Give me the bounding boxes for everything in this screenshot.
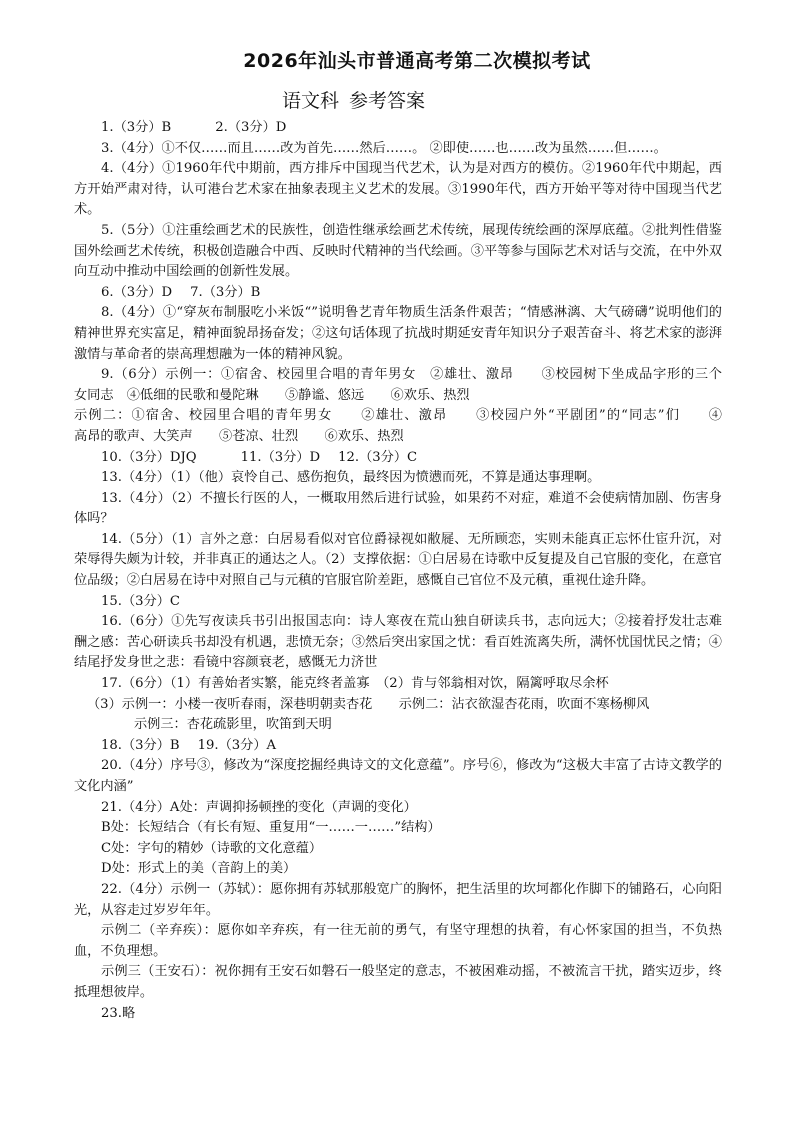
answer-q22-example2: 示例二（辛弃疾）：愿你如辛弃疾，有一往无前的勇气，有坚守理想的执着，有心怀家国的… (74, 921, 722, 962)
answer-q21-b: B处：长短结合（有长有短、重复用“一……一……”结构） (74, 818, 722, 839)
subject-label: 语文科 (282, 90, 339, 112)
answer-q23: 23.略 (74, 1004, 722, 1025)
answer-body: 1.（3分）B2.（3分）D 3.（4分）①不仅……而且……改为首先……然后……… (74, 118, 722, 1024)
answer-q13-part2: 13.（4分）（2）不擅长行医的人，一概取用然后进行试验，如果药不对症，难道不会… (74, 489, 722, 530)
answer-q17-line2: （3）示例一：小楼一夜听春雨，深巷明朝卖杏花 示例二：沾衣欲湿杏花雨，吹面不寒杨… (74, 695, 722, 716)
answer-q16: 16.（6分）①先写夜读兵书引出报国志向：诗人寒夜在荒山独自研读兵书，志向远大；… (74, 612, 722, 674)
answer-q21-a: 21.（4分）A处：声调抑扬顿挫的变化（声调的变化） (74, 798, 722, 819)
answer-q21-c: C处：字句的精妙（诗歌的文化意蕴） (74, 839, 722, 860)
answer-q11: 11.（3分）D (241, 450, 321, 465)
answer-q7: 7.（3分）B (190, 285, 260, 300)
doc-type-label: 参考答案 (349, 90, 425, 112)
document-title: 2026年汕头市普通高考第二次模拟考试 (0, 46, 794, 73)
answer-q9-example2-line2: 高昂的歌声、大笑声 ⑤苍凉、壮烈 ⑥欢乐、热烈 (74, 427, 722, 448)
answer-line-q18-q19: 18.（3分）B19.（3分）A (74, 736, 722, 757)
answer-q15: 15.（3分）C (74, 592, 722, 613)
answer-q9-example1-line1: 9.（6分）示例一：①宿舍、校园里合唱的青年男女 ②雄壮、激昂 ③校园树下坐成品… (74, 365, 722, 386)
answer-q18: 18.（3分）B (101, 738, 180, 753)
answer-q17-line3: 示例三：杏花疏影里，吹笛到天明 (74, 715, 722, 736)
answer-q2: 2.（3分）D (215, 120, 286, 135)
answer-q6: 6.（3分）D (101, 285, 172, 300)
answer-q20: 20.（4分）序号③，修改为“深度挖掘经典诗文的文化意蕴”。序号⑥，修改为“这极… (74, 756, 722, 797)
answer-q3: 3.（4分）①不仅……而且……改为首先……然后……。 ②即使……也……改为虽然…… (74, 139, 722, 160)
answer-q9-example1-line2: 女同志 ④低细的民歌和曼陀琳 ⑤静谧、悠远 ⑥欢乐、热烈 (74, 386, 722, 407)
answer-q8: 8.（4分）①“穿灰布制服吃小米饭“”说明鲁艺青年物质生活条件艰苦；“情感淋漓、… (74, 303, 722, 365)
answer-line-q10-q12: 10.（3分）DJQ11.（3分）D12.（3分）C (74, 448, 722, 469)
answer-q9-example2-line1: 示例二：①宿舍、校园里合唱的青年男女 ②雄壮、激昂 ③校园户外“平剧团”的“同志… (74, 406, 722, 427)
answer-line-q1-q2: 1.（3分）B2.（3分）D (74, 118, 722, 139)
answer-q4: 4.（4分）①1960年代中期前，西方排斥中国现当代艺术，认为是对西方的模仿。②… (74, 159, 722, 221)
answer-q14: 14.（5分）（1）言外之意：白居易看似对官位爵禄视如敝屣、无所顾恋，实则未能真… (74, 530, 722, 592)
answer-q5: 5.（5分）①注重绘画艺术的民族性，创造性继承绘画艺术传统，展现传统绘画的深厚底… (74, 221, 722, 283)
answer-q10: 10.（3分）DJQ (101, 450, 197, 465)
answer-q12: 12.（3分）C (338, 450, 417, 465)
document-subtitle: 语文科参考答案 (282, 86, 435, 113)
answer-q17-line1: 17.（6分）（1）有善始者实繁，能克终者盖寡 （2）肯与邻翁相对饮，隔篱呼取尽… (74, 674, 722, 695)
answer-q19: 19.（3分）A (198, 738, 276, 753)
answer-q13-part1: 13.（4分）（1）（他）哀怜自己、感伤抱负，最终因为愤懑而死，不算是通达事理啊… (74, 468, 722, 489)
answer-q21-d: D处：形式上的美（音韵上的美） (74, 859, 722, 880)
answer-line-q6-q7: 6.（3分）D7.（3分）B (74, 283, 722, 304)
answer-q22-example1: 22.（4分）示例一（苏轼）：愿你拥有苏轼那般宽广的胸怀，把生活里的坎坷都化作脚… (74, 880, 722, 921)
answer-q1: 1.（3分）B (101, 120, 171, 135)
answer-q22-example3: 示例三（王安石）：祝你拥有王安石如磐石一般坚定的意志，不被困难动摇，不被流言干扰… (74, 962, 722, 1003)
